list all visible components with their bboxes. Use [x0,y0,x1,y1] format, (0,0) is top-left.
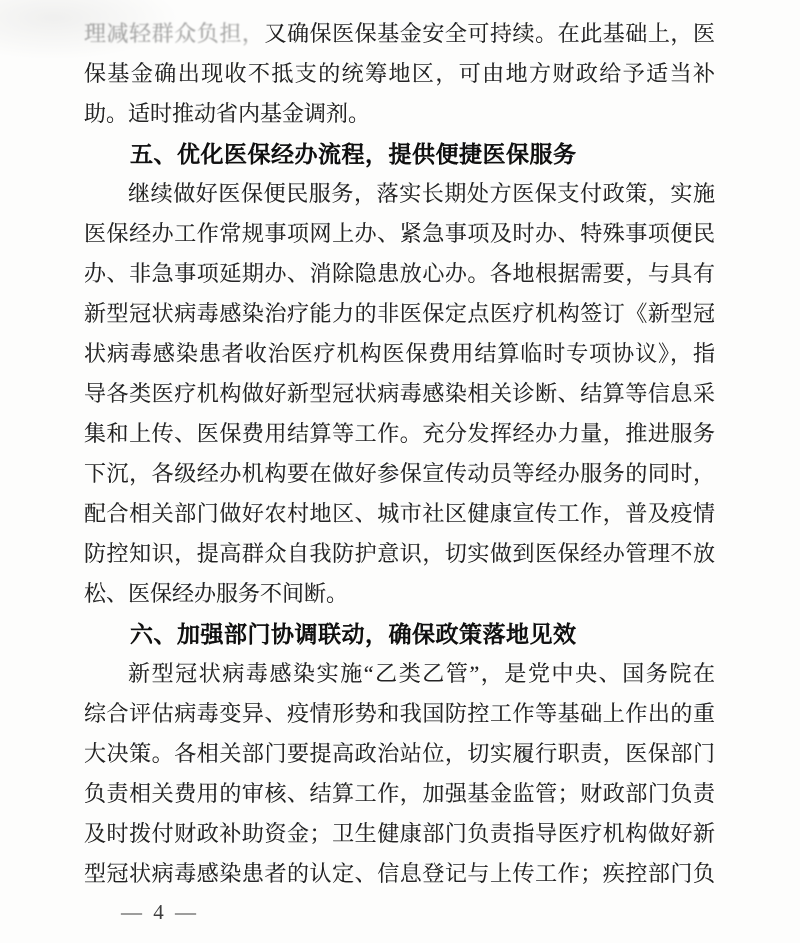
doc-line: 助。适时推动省内基金调剂。 [84,94,715,134]
doc-line: 及时拨付财政补助资金；卫生健康部门负责指导医疗机构做好新 [84,814,715,854]
doc-line: 下沉，各级经办机构要在做好参保宣传动员等经办服务的同时， [84,454,715,494]
document-body: 理减轻群众负担，又确保医保基金安全可持续。在此基础上，医 保基金确出现收不抵支的… [84,14,715,894]
doc-line: 配合相关部门做好农村地区、城市社区健康宣传工作，普及疫情 [84,494,715,534]
doc-line: 状病毒感染患者收治医疗机构医保费用结算临时专项协议》，指 [84,334,715,374]
page-number: — 4 — [121,896,199,928]
doc-line: 继续做好医保便民服务，落实长期处方医保支付政策，实施 [84,174,715,214]
doc-line: 理减轻群众负担，又确保医保基金安全可持续。在此基础上，医 [84,14,715,54]
doc-line: 保基金确出现收不抵支的统筹地区，可由地方财政给予适当补 [84,54,715,94]
doc-line: 综合评估病毒变异、疫情形势和我国防控工作等基础上作出的重 [84,694,715,734]
doc-line: 新型冠状病毒感染实施“乙类乙管”，是党中央、国务院在 [84,654,715,694]
doc-line: 大决策。各相关部门要提高政治站位，切实履行职责，医保部门 [84,734,715,774]
faded-scan-text: 理减轻群众负担， [84,21,264,46]
document-page: 理减轻群众负担，又确保医保基金安全可持续。在此基础上，医 保基金确出现收不抵支的… [0,0,800,943]
doc-line: 导各类医疗机构做好新型冠状病毒感染相关诊断、结算等信息采 [84,374,715,414]
doc-line: 防控知识，提高群众自我防护意识，切实做到医保经办管理不放 [84,534,715,574]
doc-line: 型冠状病毒感染患者的认定、信息登记与上传工作；疾控部门负 [84,854,715,894]
doc-line: 松、医保经办服务不间断。 [84,574,715,614]
doc-line: 新型冠状病毒感染治疗能力的非医保定点医疗机构签订《新型冠 [84,294,715,334]
doc-line: 负责相关费用的审核、结算工作，加强基金监管；财政部门负责 [84,774,715,814]
doc-line: 集和上传、医保费用结算等工作。充分发挥经办力量，推进服务 [84,414,715,454]
doc-line: 办、非急事项延期办、消除隐患放心办。各地根据需要，与具有 [84,254,715,294]
section-heading-6: 六、加强部门协调联动，确保政策落地见效 [84,614,715,654]
doc-line-text: 又确保医保基金安全可持续。在此基础上，医 [264,21,715,46]
section-heading-5: 五、优化医保经办流程，提供便捷医保服务 [84,134,715,174]
doc-line: 医保经办工作常规事项网上办、紧急事项及时办、特殊事项便民 [84,214,715,254]
